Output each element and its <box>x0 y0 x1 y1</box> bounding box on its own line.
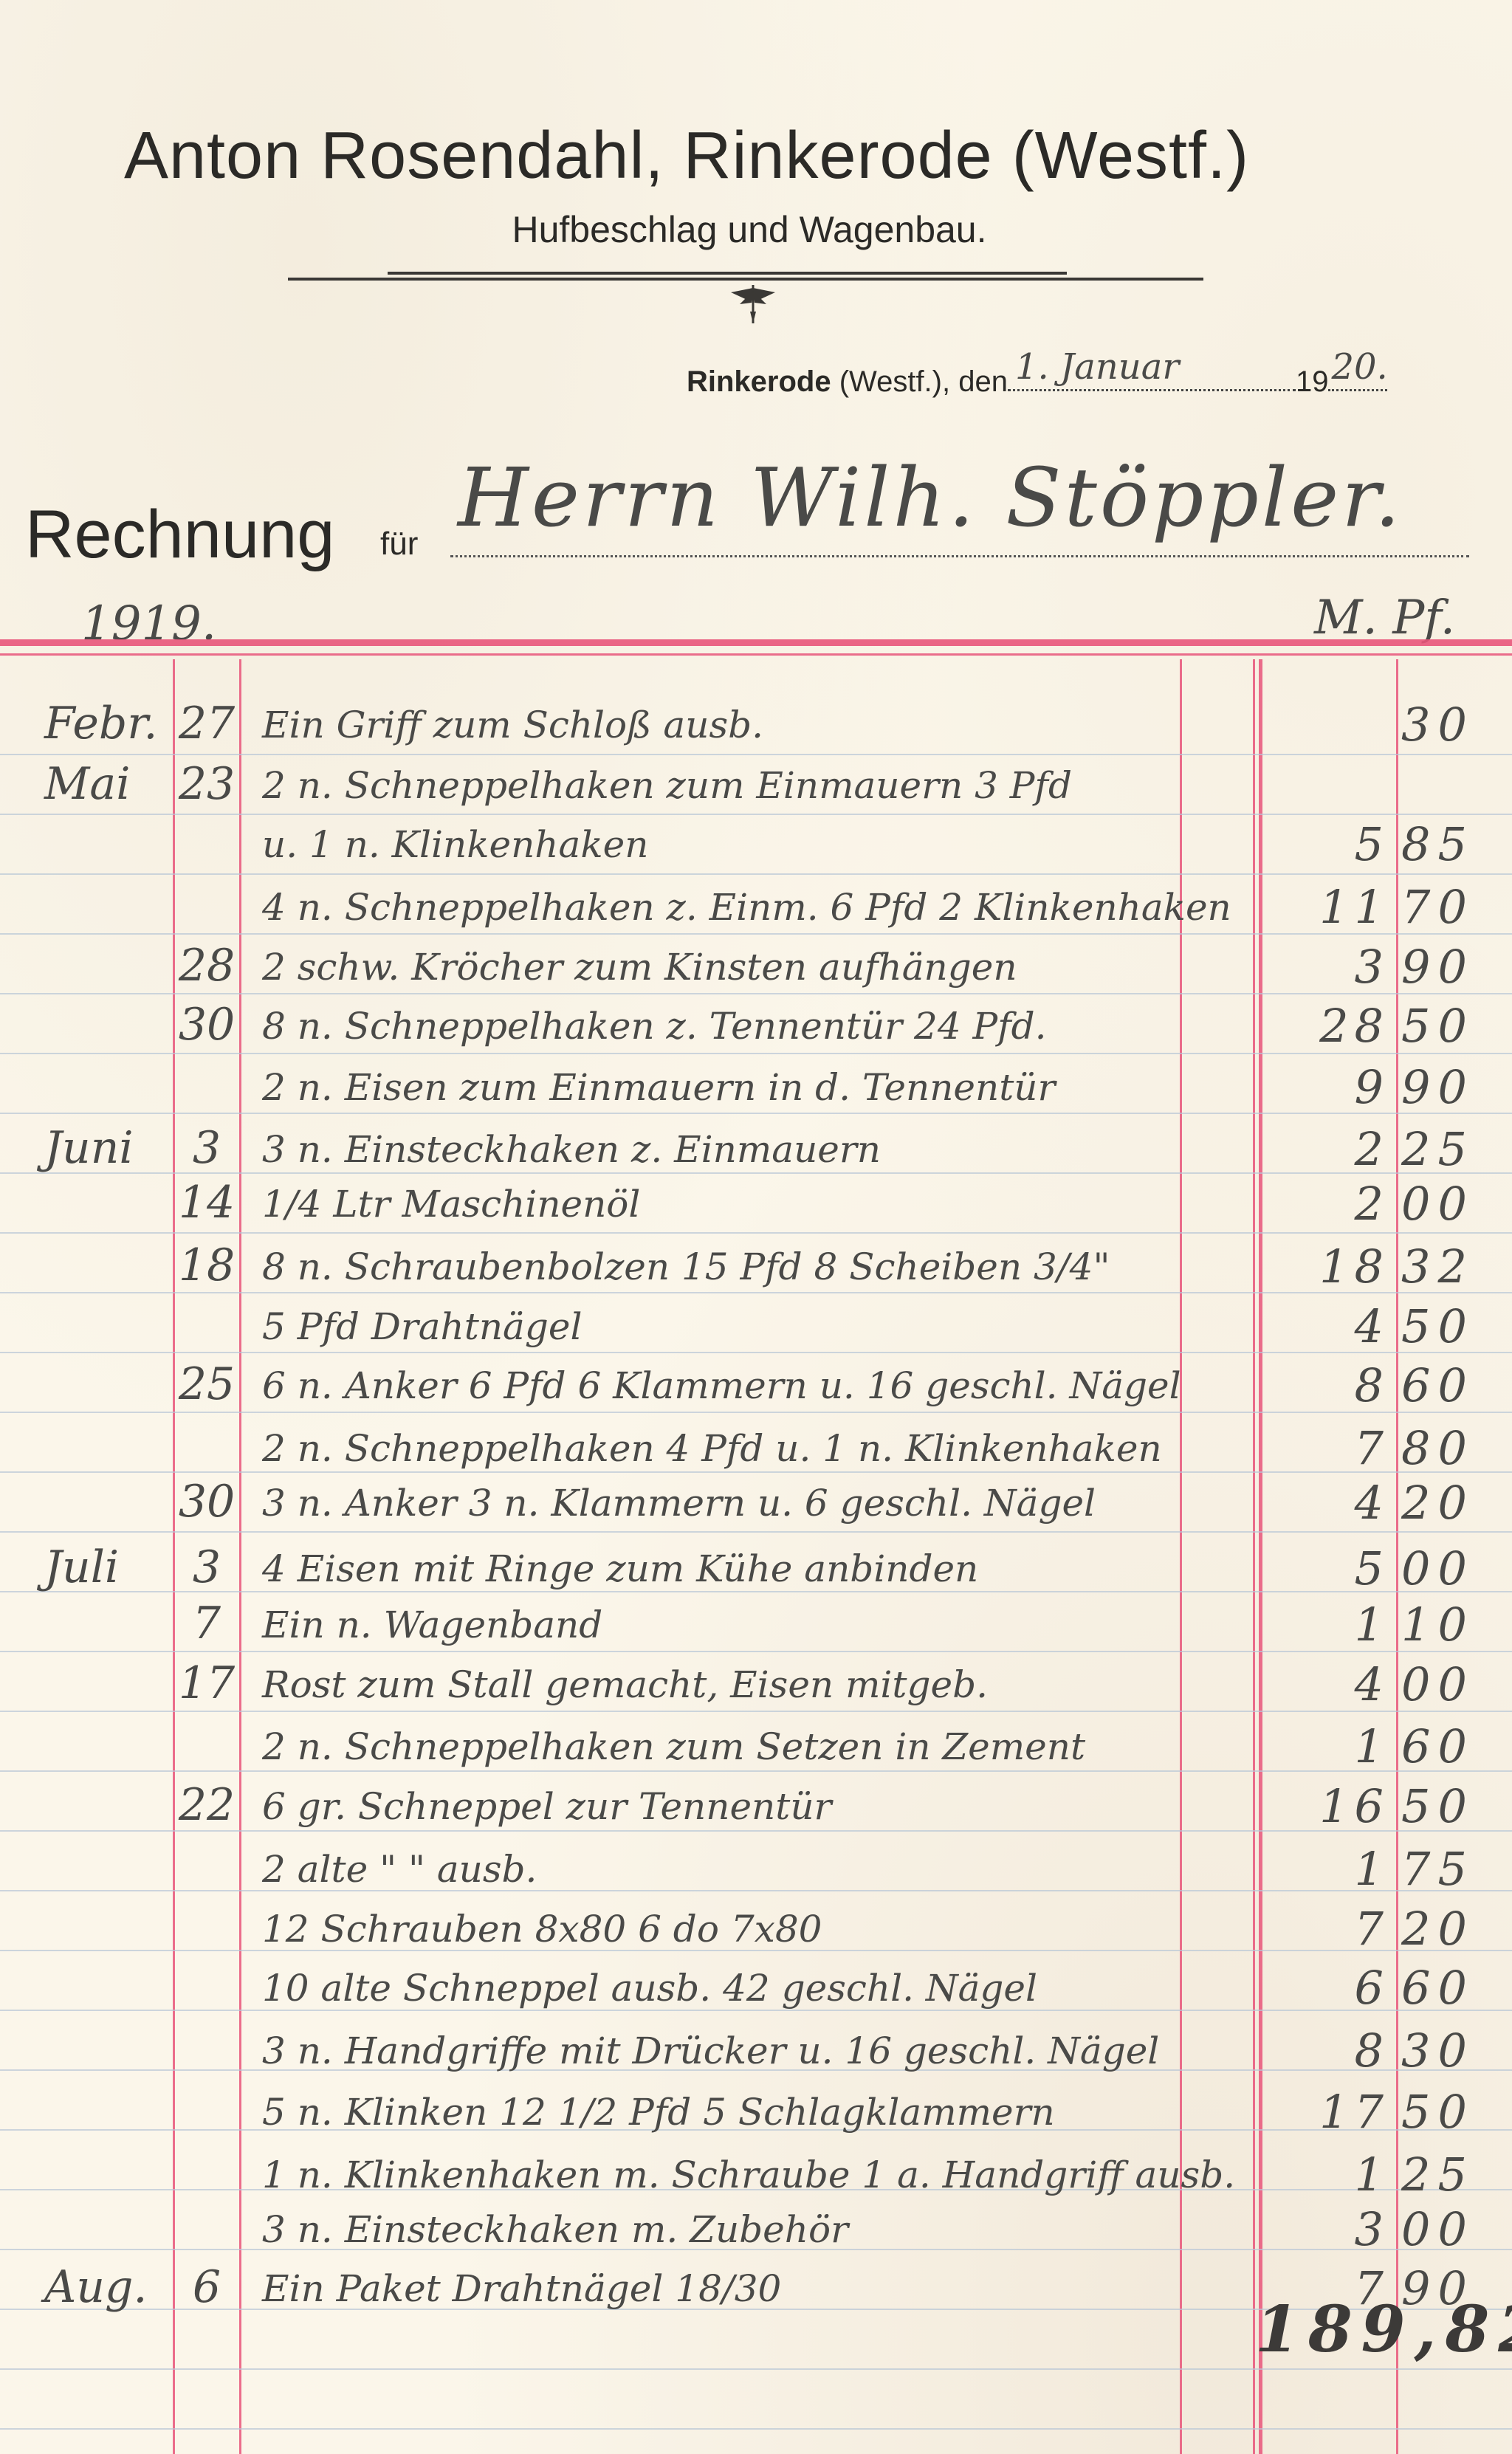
row-pf: 25 <box>1401 1122 1490 1176</box>
row-desc: 2 alte " " ausb. <box>262 1848 1244 1891</box>
row-pf: 10 <box>1401 1598 1490 1652</box>
recipient-name: Herrn Wilh. Stöppler. <box>458 450 1403 545</box>
row-pf: 50 <box>1401 1299 1490 1353</box>
letterhead-rule-top <box>388 272 1067 275</box>
row-pf: 00 <box>1401 2202 1490 2256</box>
row-day: 14 <box>177 1177 236 1228</box>
row-pf: 30 <box>1401 698 1490 752</box>
row-desc: Ein Griff zum Schloß ausb. <box>262 704 1244 746</box>
row-pf: 32 <box>1401 1240 1490 1293</box>
ledger-line <box>0 2368 1512 2370</box>
place-suffix: (Westf.), den <box>839 365 1008 398</box>
ledger-row: 7Ein n. Wagenband110 <box>0 1598 1512 1657</box>
row-desc: 3 n. Handgriffe mit Drücker u. 16 geschl… <box>262 2029 1244 2072</box>
row-desc: 3 n. Einsteckhaken m. Zubehör <box>262 2208 1244 2251</box>
row-desc: 2 n. Eisen zum Einmauern in d. Tennentür <box>262 1066 1244 1109</box>
row-desc: Ein n. Wagenband <box>262 1604 1244 1646</box>
row-pf: 90 <box>1401 1060 1490 1114</box>
row-pf: 00 <box>1401 1177 1490 1231</box>
row-month: Aug. <box>44 2261 170 2313</box>
row-pf: 70 <box>1401 880 1490 934</box>
row-day: 28 <box>177 940 236 991</box>
row-mark: 9 <box>1255 1060 1389 1114</box>
ledger-row: 141/4 Ltr Maschinenöl200 <box>0 1177 1512 1236</box>
ledger-row: 282 schw. Kröcher zum Kinsten aufhängen3… <box>0 940 1512 999</box>
row-mark: 8 <box>1255 1358 1389 1412</box>
row-day: 7 <box>177 1598 236 1649</box>
row-desc: 8 n. Schraubenbolzen 15 Pfd 8 Scheiben 3… <box>262 1245 1244 1288</box>
row-month: Juni <box>44 1122 170 1174</box>
row-desc: 1 n. Klinkenhaken m. Schraube 1 a. Handg… <box>262 2154 1244 2196</box>
row-desc: 12 Schrauben 8x80 6 do 7x80 <box>262 1908 1244 1951</box>
ledger-row: 5 Pfd Drahtnägel450 <box>0 1299 1512 1358</box>
row-desc: 5 n. Klinken 12 1/2 Pfd 5 Schlagklammern <box>262 2091 1244 2134</box>
row-day: 17 <box>177 1657 236 1709</box>
ledger-row: Mai232 n. Schneppelhaken zum Einmauern 3… <box>0 758 1512 817</box>
ledger-row: 17Rost zum Stall gemacht, Eisen mitgeb.4… <box>0 1657 1512 1716</box>
row-pf: 50 <box>1401 999 1490 1053</box>
row-mark: 4 <box>1255 1657 1389 1711</box>
row-pf: 90 <box>1401 940 1490 994</box>
row-pf: 50 <box>1401 1779 1490 1833</box>
row-pf: 30 <box>1401 2024 1490 2077</box>
ledger-row: Febr.27Ein Griff zum Schloß ausb.30 <box>0 698 1512 757</box>
header-rule-thick <box>0 639 1512 646</box>
place-name: Rinkerode <box>687 365 831 398</box>
row-desc: 3 n. Anker 3 n. Klammern u. 6 geschl. Nä… <box>262 1482 1244 1525</box>
row-mark: 18 <box>1255 1240 1389 1293</box>
ledger-row: Juni33 n. Einsteckhaken z. Einmauern225 <box>0 1122 1512 1181</box>
ledger-row: 2 n. Schneppelhaken 4 Pfd u. 1 n. Klinke… <box>0 1421 1512 1480</box>
row-mark: 1 <box>1255 1598 1389 1652</box>
recipient-dotted-line <box>450 555 1469 557</box>
row-day: 30 <box>177 1476 236 1527</box>
row-month: Mai <box>44 758 170 810</box>
row-desc: 8 n. Schneppelhaken z. Tennentür 24 Pfd. <box>262 1005 1244 1048</box>
row-day: 18 <box>177 1240 236 1291</box>
row-mark: 11 <box>1255 880 1389 934</box>
year-field: 20. <box>1328 367 1387 391</box>
row-day: 23 <box>177 758 236 810</box>
ledger-row: 2 alte " " ausb.175 <box>0 1842 1512 1901</box>
invoice-for-label: für <box>380 526 418 563</box>
row-mark: 28 <box>1255 999 1389 1053</box>
row-pf: 25 <box>1401 2148 1490 2202</box>
company-name: Anton Rosendahl, Rinkerode (Westf.) <box>0 118 1373 194</box>
row-pf: 20 <box>1401 1476 1490 1530</box>
row-desc: Ein Paket Drahtnägel 18/30 <box>262 2267 1244 2310</box>
invoice-total: 189,82 <box>1255 2292 1506 2367</box>
row-mark: 4 <box>1255 1299 1389 1353</box>
row-mark: 7 <box>1255 1421 1389 1475</box>
ledger-row: 2 n. Schneppelhaken zum Setzen in Zement… <box>0 1719 1512 1778</box>
year-prefix: 19 <box>1296 365 1329 398</box>
row-pf: 50 <box>1401 2085 1490 2139</box>
row-month: Juli <box>44 1542 170 1593</box>
ledger-row: 226 gr. Schneppel zur Tennentür1650 <box>0 1779 1512 1838</box>
row-desc: 1/4 Ltr Maschinenöl <box>262 1183 1244 1226</box>
row-desc: 10 alte Schneppel ausb. 42 geschl. Nägel <box>262 1967 1244 2010</box>
header-rule-thin <box>0 653 1512 656</box>
row-desc: 4 Eisen mit Ringe zum Kühe anbinden <box>262 1547 1244 1590</box>
ledger-row: 256 n. Anker 6 Pfd 6 Klammern u. 16 gesc… <box>0 1358 1512 1417</box>
row-day: 6 <box>177 2261 236 2313</box>
letterhead-rule-bottom <box>288 278 1203 281</box>
ledger-row: Juli34 Eisen mit Ringe zum Kühe anbinden… <box>0 1542 1512 1601</box>
ledger-row: 4 n. Schneppelhaken z. Einm. 6 Pfd 2 Kli… <box>0 880 1512 939</box>
ledger-row: 3 n. Handgriffe mit Drücker u. 16 geschl… <box>0 2024 1512 2083</box>
ledger-row: 12 Schrauben 8x80 6 do 7x80720 <box>0 1902 1512 1961</box>
row-day: 25 <box>177 1358 236 1410</box>
date-line: Rinkerode (Westf.), den1. Januar1920. <box>687 365 1387 399</box>
date-field: 1. Januar <box>1008 367 1296 391</box>
row-mark: 16 <box>1255 1779 1389 1833</box>
row-pf: 00 <box>1401 1542 1490 1595</box>
ledger-row: 3 n. Einsteckhaken m. Zubehör300 <box>0 2202 1512 2261</box>
invoice-title: Rechnung <box>25 496 334 574</box>
row-mark: 1 <box>1255 1842 1389 1896</box>
ledger-row: u. 1 n. Klinkenhaken585 <box>0 817 1512 876</box>
row-mark: 5 <box>1255 1542 1389 1595</box>
row-pf: 60 <box>1401 1358 1490 1412</box>
ledger-row: 308 n. Schneppelhaken z. Tennentür 24 Pf… <box>0 999 1512 1058</box>
year-handwritten: 20. <box>1331 346 1387 388</box>
row-pf: 20 <box>1401 1902 1490 1956</box>
row-day: 30 <box>177 999 236 1051</box>
ledger-row: 5 n. Klinken 12 1/2 Pfd 5 Schlagklammern… <box>0 2085 1512 2144</box>
row-day: 27 <box>177 698 236 749</box>
ledger-row: 303 n. Anker 3 n. Klammern u. 6 geschl. … <box>0 1476 1512 1535</box>
row-day: 3 <box>177 1122 236 1174</box>
row-desc: 6 n. Anker 6 Pfd 6 Klammern u. 16 geschl… <box>262 1364 1244 1407</box>
row-desc: 2 n. Schneppelhaken zum Setzen in Zement <box>262 1725 1244 1768</box>
row-desc: 6 gr. Schneppel zur Tennentür <box>262 1785 1244 1828</box>
row-pf: 85 <box>1401 817 1490 871</box>
row-day: 3 <box>177 1542 236 1593</box>
row-mark: 6 <box>1255 1961 1389 2015</box>
row-mark: 17 <box>1255 2085 1389 2139</box>
row-desc: 2 n. Schneppelhaken zum Einmauern 3 Pfd <box>262 764 1244 807</box>
row-desc: 2 n. Schneppelhaken 4 Pfd u. 1 n. Klinke… <box>262 1427 1244 1470</box>
row-mark: 3 <box>1255 2202 1389 2256</box>
date-handwritten: 1. Januar <box>1015 346 1179 388</box>
row-desc: 3 n. Einsteckhaken z. Einmauern <box>262 1128 1244 1171</box>
row-mark: 5 <box>1255 817 1389 871</box>
row-pf: 60 <box>1401 1961 1490 2015</box>
row-month: Febr. <box>44 698 170 749</box>
ledger-row: 10 alte Schneppel ausb. 42 geschl. Nägel… <box>0 1961 1512 2020</box>
ledger-line <box>0 2428 1512 2430</box>
row-mark: 2 <box>1255 1122 1389 1176</box>
fleuron-ornament-icon <box>724 282 783 326</box>
row-pf: 80 <box>1401 1421 1490 1475</box>
row-day: 22 <box>177 1779 236 1831</box>
currency-header: M. Pf. <box>1314 591 1455 645</box>
row-pf: 60 <box>1401 1719 1490 1773</box>
row-desc: 4 n. Schneppelhaken z. Einm. 6 Pfd 2 Kli… <box>262 886 1244 929</box>
ledger-row: 1 n. Klinkenhaken m. Schraube 1 a. Handg… <box>0 2148 1512 2207</box>
ledger-row: 2 n. Eisen zum Einmauern in d. Tennentür… <box>0 1060 1512 1119</box>
row-mark: 2 <box>1255 1177 1389 1231</box>
row-desc: u. 1 n. Klinkenhaken <box>262 823 1244 866</box>
ledger-row: 188 n. Schraubenbolzen 15 Pfd 8 Scheiben… <box>0 1240 1512 1299</box>
row-desc: Rost zum Stall gemacht, Eisen mitgeb. <box>262 1663 1244 1706</box>
row-desc: 5 Pfd Drahtnägel <box>262 1305 1244 1348</box>
row-mark: 1 <box>1255 2148 1389 2202</box>
row-mark: 1 <box>1255 1719 1389 1773</box>
row-pf: 75 <box>1401 1842 1490 1896</box>
row-desc: 2 schw. Kröcher zum Kinsten aufhängen <box>262 946 1244 989</box>
row-mark: 4 <box>1255 1476 1389 1530</box>
row-mark: 3 <box>1255 940 1389 994</box>
company-trade: Hufbeschlag und Wagenbau. <box>0 208 1499 251</box>
row-mark: 8 <box>1255 2024 1389 2077</box>
row-mark: 7 <box>1255 1902 1389 1956</box>
row-pf: 00 <box>1401 1657 1490 1711</box>
